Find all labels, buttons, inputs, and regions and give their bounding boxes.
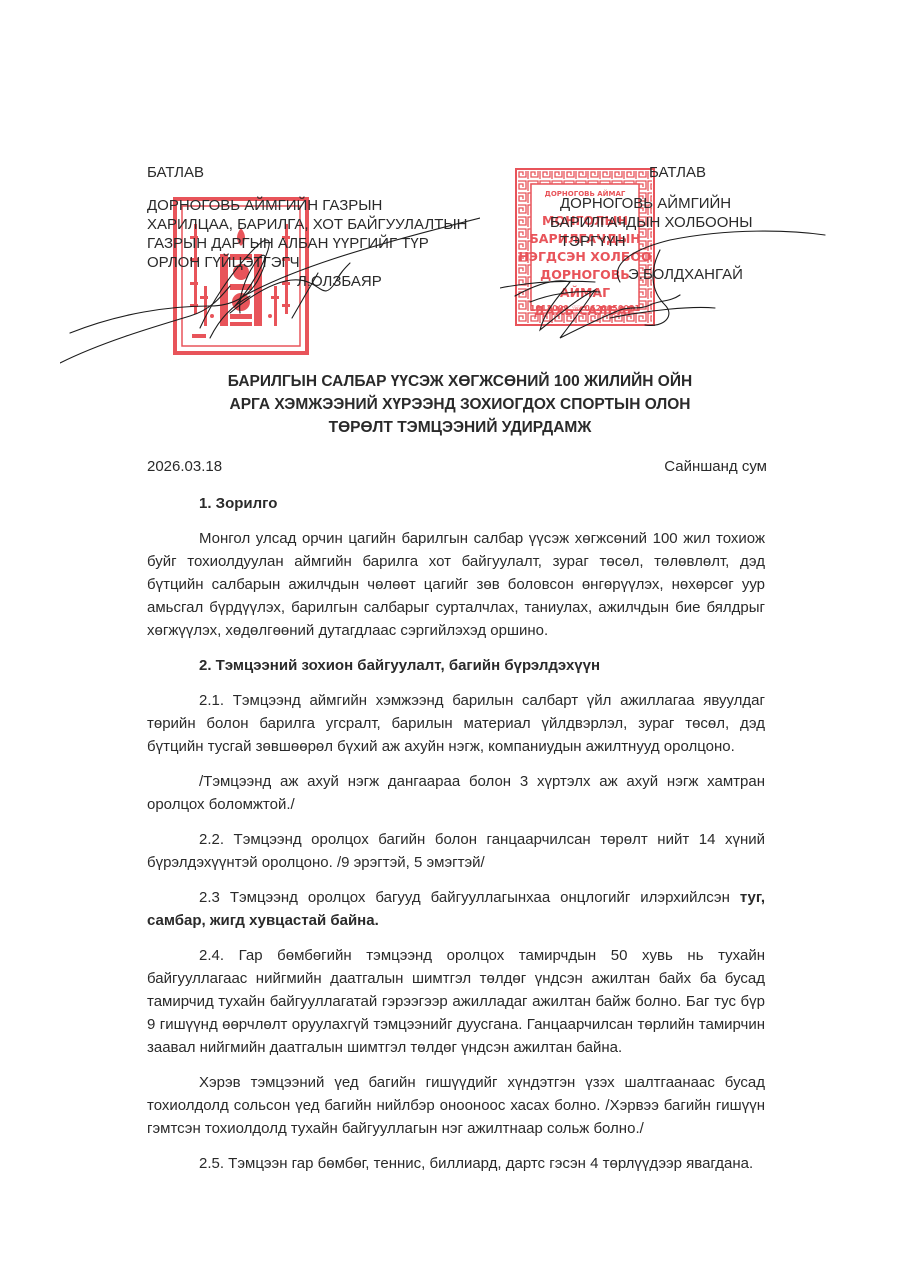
- org-line: ХАРИЛЦАА, БАРИЛГА, ХОТ БАЙГУУЛАЛТЫН: [147, 215, 517, 234]
- section-heading-purpose: 1. Зорилго: [199, 492, 765, 515]
- document-date: 2026.03.18: [147, 458, 222, 475]
- document-place: Сайншанд сум: [664, 458, 767, 475]
- org-line: ОРЛОН ГҮЙЦЭТГЭГЧ: [147, 253, 517, 272]
- paragraph-2-3-text: 2.3 Тэмцээнд оролцох багууд байгууллагын…: [199, 889, 740, 906]
- document-title: БАРИЛГЫН САЛБАР ҮҮСЭЖ ХӨГЖСӨНИЙ 100 ЖИЛИ…: [150, 370, 770, 439]
- paragraph-2-4: 2.4. Гар бөмбөгийн тэмцээнд оролцох тами…: [147, 944, 765, 1059]
- org-line: ГАЗРЫН ДАРГЫН АЛБАН ҮҮРГИЙГ ТҮР: [147, 234, 517, 253]
- title-line: БАРИЛГЫН САЛБАР ҮҮСЭЖ ХӨГЖСӨНИЙ 100 ЖИЛИ…: [150, 370, 770, 393]
- paragraph-2-1-note: /Тэмцээнд аж ахуй нэгж дангаараа болон 3…: [147, 770, 765, 816]
- section-heading-organization: 2. Тэмцээний зохион байгуулалт, багийн б…: [199, 654, 765, 677]
- org-line: БАРИЛГАЧДЫН ХОЛБООНЫ: [550, 213, 805, 232]
- signer-name: Э.БОЛДХАНГАЙ: [628, 265, 805, 284]
- paragraph-purpose: Монгол улсад орчин цагийн барилгын салба…: [147, 527, 765, 642]
- org-line: ТЭРГҮҮН: [560, 232, 805, 251]
- title-line: АРГА ХЭМЖЭЭНИЙ ХҮРЭЭНД ЗОХИОГДОХ СПОРТЫН…: [150, 393, 770, 416]
- paragraph-2-5: 2.5. Тэмцээн гар бөмбөг, теннис, биллиар…: [147, 1152, 765, 1175]
- approval-label: БАТЛАВ: [147, 163, 517, 182]
- paragraph-2-3: 2.3 Тэмцээнд оролцох багууд байгууллагын…: [147, 886, 765, 932]
- org-line: ДОРНОГОВЬ АЙМГИЙН ГАЗРЫН: [147, 196, 517, 215]
- stamp-bottom-text: 1012009 ☏ 0620050021: [515, 304, 655, 313]
- document-body: 1. Зорилго Монгол улсад орчин цагийн бар…: [147, 492, 765, 1187]
- paragraph-2-2: 2.2. Тэмцээнд оролцох багийн болон ганца…: [147, 828, 765, 874]
- signer-name: Л.ОЛЗБАЯР: [297, 272, 517, 291]
- approval-label: БАТЛАВ: [649, 163, 805, 182]
- paragraph-2-1: 2.1. Тэмцээнд аймгийн хэмжээнд барилын с…: [147, 689, 765, 758]
- org-line: ДОРНОГОВЬ АЙМГИЙН: [560, 194, 805, 213]
- approver-organization: ДОРНОГОВЬ АЙМГИЙН ГАЗРЫН ХАРИЛЦАА, БАРИЛ…: [147, 196, 517, 272]
- document-page: ДОРНОГОВЬ АЙМАГ МОНГОЛЫН БАРИЛГАЧДЫН НЭГ…: [0, 0, 904, 1280]
- approver-organization: ДОРНОГОВЬ АЙМГИЙН БАРИЛГАЧДЫН ХОЛБООНЫ Т…: [560, 194, 805, 251]
- paragraph-2-4-note: Хэрэв тэмцээний үед багийн гишүүдийг хүн…: [147, 1071, 765, 1140]
- approval-block-right: БАТЛАВ ДОРНОГОВЬ АЙМГИЙН БАРИЛГАЧДЫН ХОЛ…: [545, 163, 805, 284]
- title-line: ТӨРӨЛТ ТЭМЦЭЭНИЙ УДИРДАМЖ: [150, 416, 770, 439]
- approval-block-left: БАТЛАВ ДОРНОГОВЬ АЙМГИЙН ГАЗРЫН ХАРИЛЦАА…: [147, 163, 517, 291]
- date-place-row: 2026.03.18 Сайншанд сум: [147, 458, 767, 475]
